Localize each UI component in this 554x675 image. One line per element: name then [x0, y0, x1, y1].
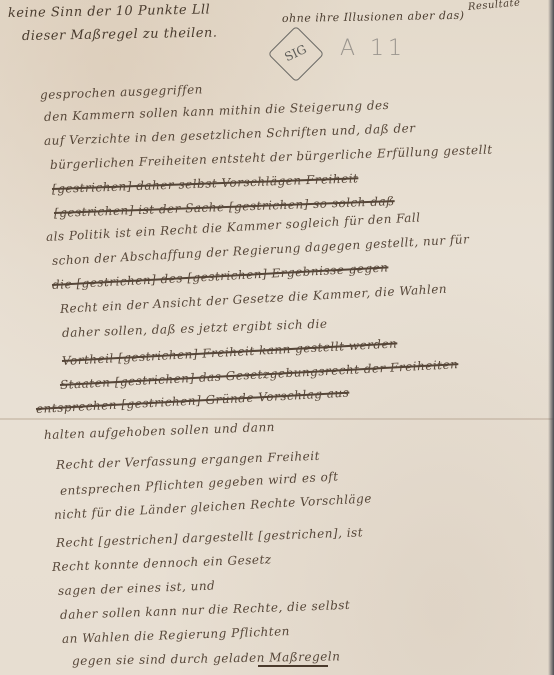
underline-rule — [258, 665, 328, 667]
paper-fold-line — [0, 418, 554, 420]
page-edge-shadow — [548, 0, 554, 675]
pencil-shelfmark: A 11 — [340, 36, 406, 61]
